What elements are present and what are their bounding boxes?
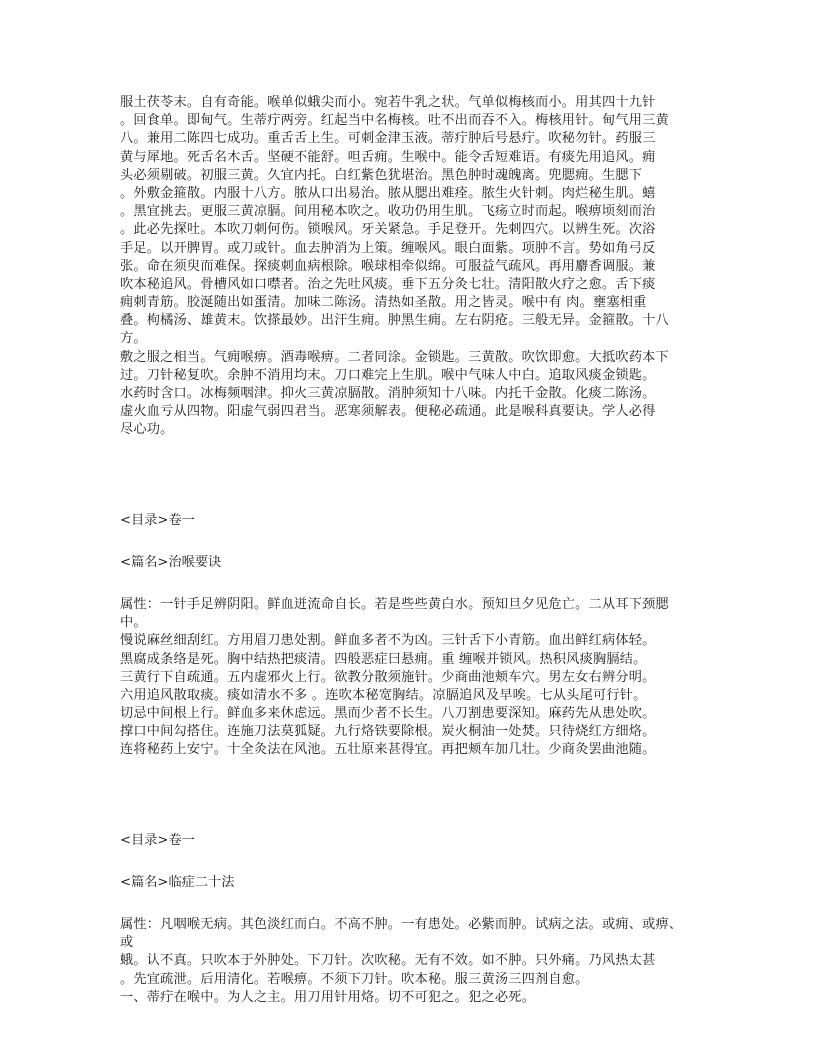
text-line: 。先宜疏泄。后用清化。若喉痹。不须下刀针。吹本秘。服三黄汤三四剂自愈。 [120, 971, 720, 989]
spacer [120, 440, 720, 512]
text-line: 黑腐成条络是死。胸中结热把痰清。四般恶症曰悬痈。重 缠喉并锁风。热积风痰胸膈结。 [120, 651, 720, 669]
text-line: 蛾。认不真。只吹本于外肿处。下刀针。次吹秘。无有不效。如不肿。只外痛。乃风热太甚 [120, 952, 720, 970]
text-line: 。此必先探吐。本吹刀刺何伤。锁喉风。牙关紧急。手足登开。先刺四穴。以辨生死。次浴 [120, 221, 720, 239]
text-line: 黄与犀地。死舌名木舌。坚硬不能舒。呾舌痈。生喉中。能令舌短难语。有痰先用追风。痈 [120, 149, 720, 167]
text-line: 连将秘药上安宁。十全灸法在风池。五壮原来甚得宜。再把颊车加几壮。少商灸罢曲池随。 [120, 741, 720, 759]
text-line: 方。 [120, 330, 720, 348]
text-line: 。回食单。即甸气。生蒂疔两旁。红起当中名梅核。吐不出而吞不入。梅核用针。甸气用三… [120, 112, 720, 130]
text-line: 敷之服之相当。气痈喉痹。酒毒喉痹。二者同涂。金锁匙。三黄散。吹饮即愈。大抵吹药本… [120, 349, 720, 367]
spacer [120, 760, 720, 832]
text-line: 服土茯苓末。自有奇能。喉单似蛾尖而小。宛若牛乳之状。气单似梅核而小。用其四十九针 [120, 94, 720, 112]
spacer [120, 530, 720, 554]
text-line: 属性：凡咽喉无病。其色淡红而白。不高不肿。一有患处。必紫而肿。试病之法。或痈、或… [120, 916, 720, 934]
text-line: 慢说麻丝细刮红。方用眉刀患处割。鲜血多者不为凶。三针舌下小青筋。血出鲜红病体轻。 [120, 632, 720, 650]
text-line: 虚火血亏从四物。阳虚气弱四君当。恶寒须解表。便秘必疏通。此是喉科真要诀。学人必得 [120, 403, 720, 421]
text-line: 六用追风散取痰。痰如清水不多 。连吹本秘宽胸结。凉膈追风及早唉。七从头尾可行针。 [120, 687, 720, 705]
text-line: 切忌中间根上行。鲜血多来休虑远。黑而少者不长生。八刀割患要深知。麻药先从患处吹。 [120, 705, 720, 723]
text-line: 尽心功。 [120, 421, 720, 439]
text-line: 痈刺青筋。胶涎随出如蛋清。加味二陈汤。清热如圣散。用之皆灵。喉中有 肉。壅塞相重 [120, 294, 720, 312]
text-line: 手足。以开脾胃。或刀或针。血去肿消为上策。缠喉风。眼白面紫。项肿不言。势如角弓反 [120, 240, 720, 258]
text-line: 属性：一针手足辨阴阳。鲜血迸流命自长。若是些些黄白水。预知旦夕见危亡。二从耳下颈… [120, 596, 720, 614]
text-line: 张。命在须臾而难保。探痰刺血病根除。喉球相牵似绵。可服益气疏风。再用麝香调服。兼 [120, 258, 720, 276]
document-page: 服土茯苓末。自有奇能。喉单似蛾尖而小。宛若牛乳之状。气单似梅核而小。用其四十九针… [120, 94, 720, 1007]
text-line: 一、蒂疔在喉中。为人之主。用刀用针用烙。切不可犯之。犯之必死。 [120, 989, 720, 1007]
section-3: <目录>卷一 <篇名>临症二十法 属性：凡咽喉无病。其色淡红而白。不高不肿。一有… [120, 832, 720, 1007]
section-1-body: 服土茯苓末。自有奇能。喉单似蛾尖而小。宛若牛乳之状。气单似梅核而小。用其四十九针… [120, 94, 720, 440]
spacer [120, 572, 720, 596]
text-line: 八。兼用二陈四七成功。重舌舌上生。可刺金津玉液。蒂疔肿后号悬疔。吹秘勿针。药服三 [120, 130, 720, 148]
section-2: <目录>卷一 <篇名>治喉要诀 属性：一针手足辨阴阳。鲜血迸流命自长。若是些些黄… [120, 512, 720, 760]
chapter-title: <篇名>临症二十法 [120, 874, 720, 892]
spacer [120, 850, 720, 874]
text-line: 吹本秘追风。骨槽风如口噤者。治之先吐风痰。垂下五分灸七壮。清阳散火疗之愈。舌下痰 [120, 276, 720, 294]
catalog-heading: <目录>卷一 [120, 832, 720, 850]
text-line: 中。 [120, 614, 720, 632]
chapter-title: <篇名>治喉要诀 [120, 554, 720, 572]
spacer [120, 892, 720, 916]
text-line: 。外敷金箍散。内服十八方。脓从口出易治。脓从腮出难痊。脓生火针刺。肉烂秘生肌。蟢 [120, 185, 720, 203]
text-line: 。黑宜挑去。更服三黄凉膈。间用秘本吹之。收功仍用生肌。飞疡立时而起。喉痹顷刻而治 [120, 203, 720, 221]
text-line: 头必须剔破。初服三黄。久宜内托。白红紫色犹堪治。黑色肿时魂魄离。兜腮痈。生腮下 [120, 167, 720, 185]
text-line: 过。刀针秘复吹。余肿不消用均末。刀口难完上生肌。喉中气味人中白。追取风痰金锁匙。 [120, 367, 720, 385]
text-line: 或 [120, 934, 720, 952]
text-line: 三黄行下自疏通。五内虚邪火上行。欲教分散须施针。少商曲池颊车穴。男左女右辨分明。 [120, 669, 720, 687]
text-line: 水药时含口。冰梅频咽津。抑火三黄凉膈散。消肿须知十八味。内托千金散。化痰二陈汤。 [120, 385, 720, 403]
text-line: 叠。枸橘汤、雄黄末。饮搽最妙。出汗生痈。肿黑生痈。左右阴疮。三般无异。金箍散。十… [120, 312, 720, 330]
catalog-heading: <目录>卷一 [120, 512, 720, 530]
text-line: 撑口中间勾搭住。连施刀法莫狐疑。九行烙铁要除根。炭火桐油一处焚。只待烧红方细烙。 [120, 723, 720, 741]
